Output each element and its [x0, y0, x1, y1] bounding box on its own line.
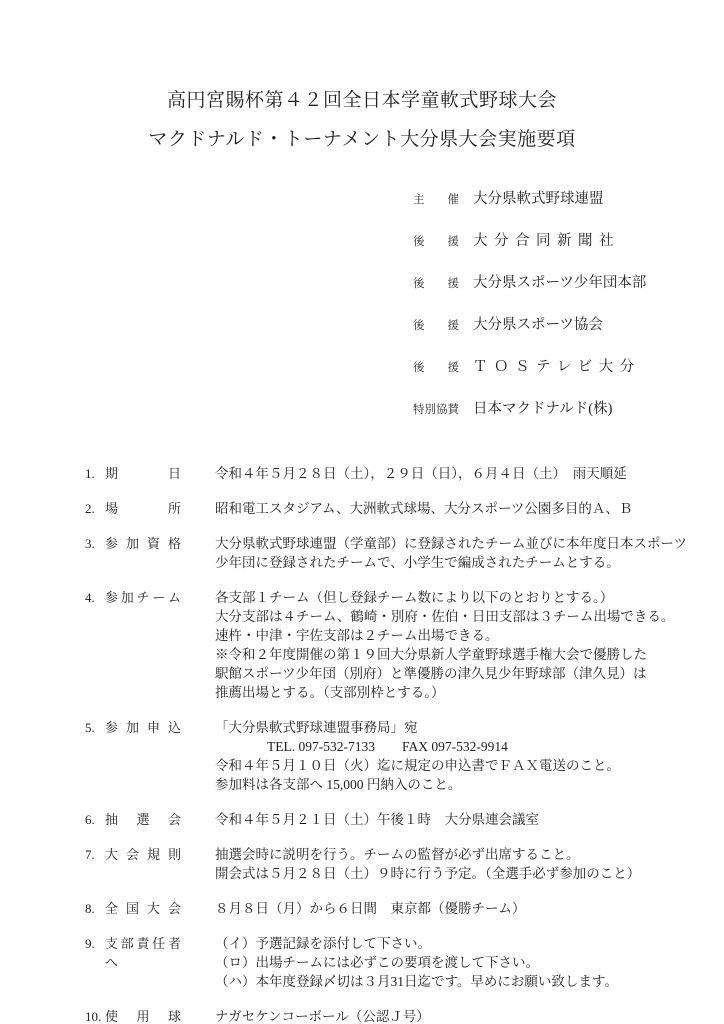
item-lottery: 6. 抽選会 令和４年５月２１日（土）午後１時 大分県連会議室	[85, 810, 724, 829]
guideline-list: 1. 期日 令和４年５月２８日（土），２９日（日），６月４日（土） 雨天順延 2…	[85, 464, 724, 1024]
sponsor-role-label: 特別協賛	[413, 401, 459, 417]
item-label: 支部責任者へ	[105, 934, 181, 972]
item-number: 10.	[85, 1007, 105, 1024]
item-number: 3.	[85, 534, 105, 553]
item-label: 全国大会	[105, 899, 181, 918]
item-number: 8.	[85, 899, 105, 918]
title-line-2: マクドナルド・トーナメント大分県大会実施要項	[0, 129, 724, 151]
document-title: 高円宮賜杯第４２回全日本学童軟式野球大会 マクドナルド・トーナメント大分県大会実…	[0, 0, 724, 151]
item-number: 7.	[85, 845, 105, 864]
item-line: 昭和電工スタジアム、大洲軟式球場、大分スポーツ公園多目的Ａ、Ｂ	[215, 499, 724, 518]
item-eligibility: 3. 参加資格 大分県軟式野球連盟（学童部）に登録されたチーム並びに本年度日本ス…	[85, 534, 724, 572]
item-number: 6.	[85, 810, 105, 829]
sponsor-row-supporter-1: 後援 大分合同新聞社	[413, 229, 724, 250]
item-number: 1.	[85, 464, 105, 483]
sponsor-role-label: 主催	[413, 191, 459, 207]
title-line-1: 高円宮賜杯第４２回全日本学童軟式野球大会	[0, 90, 724, 112]
item-number: 9.	[85, 934, 105, 953]
item-line: 開会式は５月２８日（土）９時に行う予定。（全選手必ず参加のこと）	[215, 864, 724, 883]
item-line: 令和４年５月１０日（火）迄に規定の申込書でＦＡＸ電送のこと。	[215, 756, 724, 775]
item-body: 令和４年５月２８日（土），２９日（日），６月４日（土） 雨天順延	[215, 464, 724, 483]
sponsor-role-label: 後援	[413, 275, 459, 291]
sponsor-name: 大分県スポーツ少年団本部	[473, 271, 646, 292]
item-label: 使用球	[105, 1007, 181, 1024]
sponsor-row-organizer: 主催 大分県軟式野球連盟	[413, 187, 724, 208]
item-label: 期日	[105, 464, 181, 483]
item-application: 5. 参加申込 「大分県軟式野球連盟事務局」宛 TEL. 097-532-713…	[85, 718, 724, 794]
document-page: 高円宮賜杯第４２回全日本学童軟式野球大会 マクドナルド・トーナメント大分県大会実…	[0, 0, 724, 1024]
item-number: 5.	[85, 718, 105, 737]
sponsor-name: 大分県軟式野球連盟	[473, 187, 604, 208]
item-body: 各支部１チーム（但し登録チーム数により以下のとおりとする。） 大分支部は４チーム…	[215, 588, 724, 702]
sponsor-name: 大分合同新聞社	[473, 229, 620, 250]
item-line: 大分県軟式野球連盟（学童部）に登録されたチーム並びに本年度日本スポーツ	[215, 534, 724, 553]
item-body: ８月８日（月）から６日間 東京都（優勝チーム）	[215, 899, 724, 918]
sponsor-name: 日本マクドナルド(株)	[473, 397, 612, 418]
sponsor-list: 主催 大分県軟式野球連盟 後援 大分合同新聞社 後援 大分県スポーツ少年団本部 …	[413, 187, 724, 418]
item-body: 昭和電工スタジアム、大洲軟式球場、大分スポーツ公園多目的Ａ、Ｂ	[215, 499, 724, 518]
item-label: 大会規則	[105, 845, 181, 864]
item-line: 速杵・中津・宇佐支部は２チーム出場できる。	[215, 626, 724, 645]
item-label: 抽選会	[105, 810, 181, 829]
sponsor-name: ＴＯＳテレビ大分	[473, 355, 641, 376]
item-line: 令和４年５月２８日（土），２９日（日），６月４日（土） 雨天順延	[215, 464, 724, 483]
item-line: 大分支部は４チーム、鶴崎・別府・佐伯・日田支部は３チーム出場できる。	[215, 607, 724, 626]
sponsor-name: 大分県スポーツ協会	[473, 313, 603, 334]
item-ball: 10. 使用球 ナガセケンコーボール（公認Ｊ号）	[85, 1007, 724, 1024]
item-line: 令和４年５月２１日（土）午後１時 大分県連会議室	[215, 810, 724, 829]
sponsor-row-supporter-4: 後援 ＴＯＳテレビ大分	[413, 355, 724, 376]
item-line: 「大分県軟式野球連盟事務局」宛	[215, 718, 724, 737]
item-body: （イ）予選記録を添付して下さい。 （ロ）出場チームには必ずこの要項を渡して下さい…	[215, 934, 724, 991]
item-line: ナガセケンコーボール（公認Ｊ号）	[215, 1007, 724, 1024]
item-label: 参加チーム	[105, 588, 181, 607]
item-body: 抽選会時に説明を行う。チームの監督が必ず出席すること。 開会式は５月２８日（土）…	[215, 845, 724, 883]
item-line: 抽選会時に説明を行う。チームの監督が必ず出席すること。	[215, 845, 724, 864]
item-branch-managers: 9. 支部責任者へ （イ）予選記録を添付して下さい。 （ロ）出場チームには必ずこ…	[85, 934, 724, 991]
item-date: 1. 期日 令和４年５月２８日（土），２９日（日），６月４日（土） 雨天順延	[85, 464, 724, 483]
item-label: 参加申込	[105, 718, 181, 737]
item-line: 少年団に登録されたチームで、小学生で編成されたチームとする。	[215, 553, 724, 572]
item-body: 令和４年５月２１日（土）午後１時 大分県連会議室	[215, 810, 724, 829]
item-line: 参加料は各支部へ 15,000 円納入のこと。	[215, 775, 724, 794]
item-nationals: 8. 全国大会 ８月８日（月）から６日間 東京都（優勝チーム）	[85, 899, 724, 918]
item-line: ※令和２年度開催の第１９回大分県新人学童野球選手権大会で優勝した	[215, 645, 724, 664]
sponsor-row-special: 特別協賛 日本マクドナルド(株)	[413, 397, 724, 418]
sponsor-role-label: 後援	[413, 233, 459, 249]
item-body: ナガセケンコーボール（公認Ｊ号）	[215, 1007, 724, 1024]
item-line: 推薦出場とする。（支部別枠とする。）	[215, 683, 724, 702]
item-teams: 4. 参加チーム 各支部１チーム（但し登録チーム数により以下のとおりとする。） …	[85, 588, 724, 702]
item-number: 2.	[85, 499, 105, 518]
item-line: （ハ）本年度登録〆切は３月31日迄です。早めにお願い致します。	[215, 972, 724, 991]
item-line: ８月８日（月）から６日間 東京都（優勝チーム）	[215, 899, 724, 918]
item-line: 各支部１チーム（但し登録チーム数により以下のとおりとする。）	[215, 588, 724, 607]
item-label: 場所	[105, 499, 181, 518]
item-line: （ロ）出場チームには必ずこの要項を渡して下さい。	[215, 953, 724, 972]
item-line: 駅館スポーツ少年団（別府）と準優勝の津久見少年野球部（津久見）は	[215, 664, 724, 683]
sponsor-row-supporter-3: 後援 大分県スポーツ協会	[413, 313, 724, 334]
item-line: （イ）予選記録を添付して下さい。	[215, 934, 724, 953]
item-line-tel-fax: TEL. 097-532-7133 FAX 097-532-9914	[215, 737, 724, 756]
item-number: 4.	[85, 588, 105, 607]
item-body: 大分県軟式野球連盟（学童部）に登録されたチーム並びに本年度日本スポーツ 少年団に…	[215, 534, 724, 572]
sponsor-role-label: 後援	[413, 317, 459, 333]
item-label: 参加資格	[105, 534, 181, 553]
sponsor-row-supporter-2: 後援 大分県スポーツ少年団本部	[413, 271, 724, 292]
item-rules: 7. 大会規則 抽選会時に説明を行う。チームの監督が必ず出席すること。 開会式は…	[85, 845, 724, 883]
item-venue: 2. 場所 昭和電工スタジアム、大洲軟式球場、大分スポーツ公園多目的Ａ、Ｂ	[85, 499, 724, 518]
item-body: 「大分県軟式野球連盟事務局」宛 TEL. 097-532-7133 FAX 09…	[215, 718, 724, 794]
sponsor-role-label: 後援	[413, 359, 459, 375]
